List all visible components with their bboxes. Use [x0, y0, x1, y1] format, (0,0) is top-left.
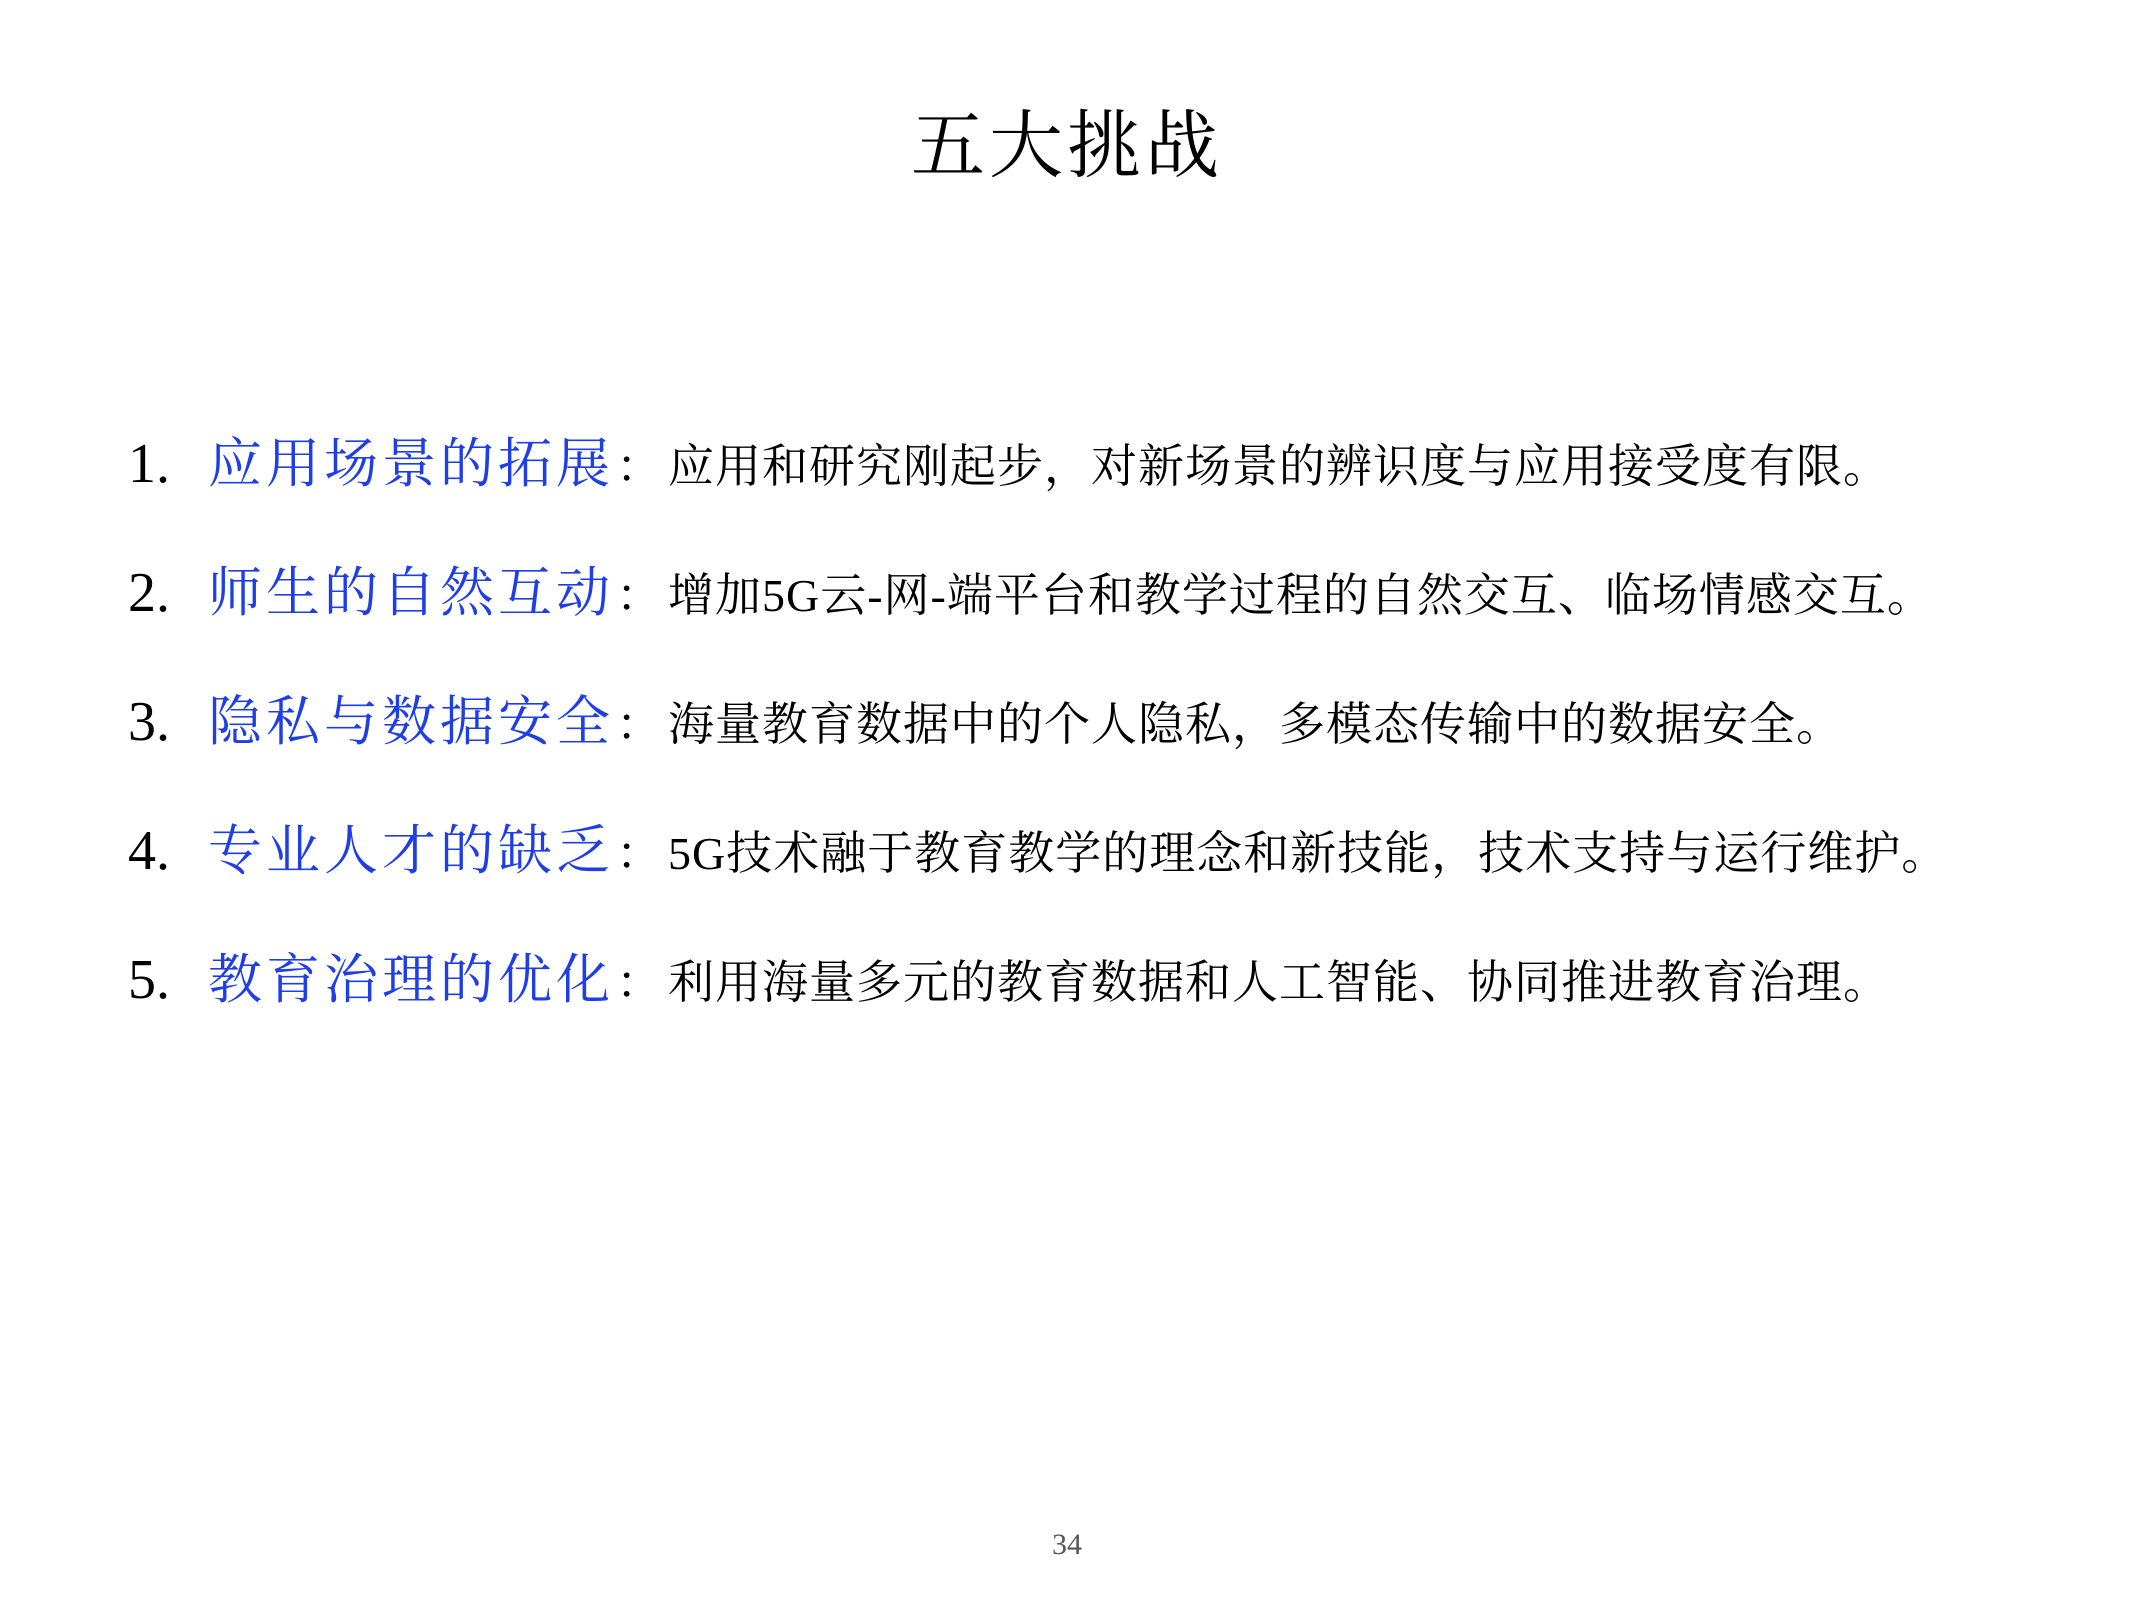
challenge-description: 应用和研究刚起步，对新场景的辨识度与应用接受度有限。	[668, 441, 1890, 492]
challenge-description: 利用海量多元的教育数据和人工智能、协同推进教育治理。	[668, 957, 1890, 1008]
challenge-heading: 应用场景的拓展	[208, 432, 614, 495]
challenge-description: 海量教育数据中的个人隐私，多模态传输中的数据安全。	[668, 699, 1843, 750]
page-number: 34	[0, 1528, 2134, 1562]
slide-title: 五大挑战	[0, 96, 2134, 196]
item-number: 1.	[128, 408, 170, 520]
colon-separator: ：	[616, 441, 662, 492]
challenge-description: 5G技术融于教育教学的理念和新技能，技术支持与运行维护。	[668, 828, 1948, 879]
item-number: 4.	[128, 795, 170, 907]
colon-separator: ：	[616, 957, 662, 1008]
challenge-item-5: 5. 教育治理的优化：利用海量多元的教育数据和人工智能、协同推进教育治理。	[128, 924, 2028, 1039]
challenge-heading: 师生的自然互动	[208, 561, 614, 624]
challenge-heading: 教育治理的优化	[208, 948, 614, 1011]
challenge-description: 增加5G云-网-端平台和教学过程的自然交互、临场情感交互。	[668, 570, 1934, 621]
challenge-heading: 隐私与数据安全	[208, 690, 614, 753]
colon-separator: ：	[616, 699, 662, 750]
item-number: 5.	[128, 924, 170, 1036]
challenge-list: 1. 应用场景的拓展：应用和研究刚起步，对新场景的辨识度与应用接受度有限。 2.…	[128, 408, 2028, 1053]
colon-separator: ：	[616, 570, 662, 621]
challenge-item-1: 1. 应用场景的拓展：应用和研究刚起步，对新场景的辨识度与应用接受度有限。	[128, 408, 2028, 523]
item-number: 2.	[128, 537, 170, 649]
challenge-item-3: 3. 隐私与数据安全：海量教育数据中的个人隐私，多模态传输中的数据安全。	[128, 666, 2028, 781]
colon-separator: ：	[616, 828, 662, 879]
item-number: 3.	[128, 666, 170, 778]
challenge-heading: 专业人才的缺乏	[208, 819, 614, 882]
challenge-item-2: 2. 师生的自然互动：增加5G云-网-端平台和教学过程的自然交互、临场情感交互。	[128, 537, 2068, 652]
challenge-item-4: 4. 专业人才的缺乏：5G技术融于教育教学的理念和新技能，技术支持与运行维护。	[128, 795, 2068, 910]
